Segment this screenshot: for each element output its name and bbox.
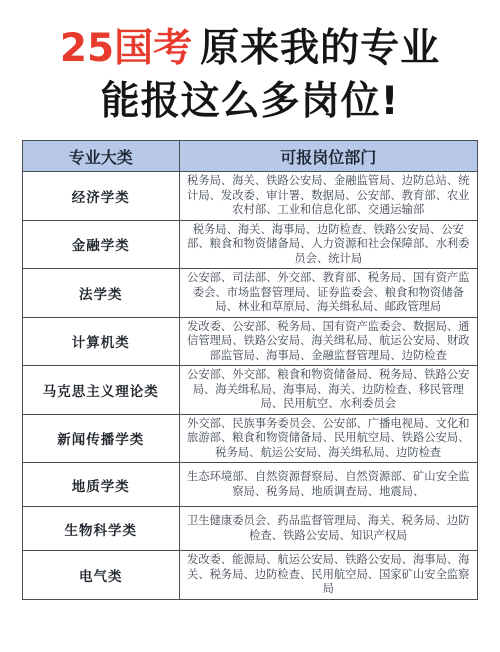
departments-cell: 生态环境部、自然资源督察局、自然资源部、矿山安全监察局、税务局、地质调查局、地震… xyxy=(179,463,477,507)
major-category-cell: 金融学类 xyxy=(23,220,180,269)
major-category-cell: 地质学类 xyxy=(23,463,180,507)
table-row: 新闻传播学类 外交部、民族事务委员会、公安部、广播电视局、文化和旅游部、粮食和物… xyxy=(23,414,478,463)
departments-cell: 税务局、海关、铁路公安局、金融监管局、边防总站、统计局、发改委、审计署、数据局、… xyxy=(179,172,477,221)
column-header-major-category: 专业大类 xyxy=(23,141,180,172)
departments-cell: 发改委、公安部、税务局、国有资产监委会、数据局、通信管理局、铁路公安局、海关缉私… xyxy=(179,317,477,366)
positions-table: 专业大类 可报岗位部门 经济学类 税务局、海关、铁路公安局、金融监管局、边防总站… xyxy=(22,140,478,600)
column-header-departments: 可报岗位部门 xyxy=(179,141,477,172)
departments-cell: 公安部、司法部、外交部、教育部、税务局、国有资产监委会、市场监督管理局、证券监委… xyxy=(179,269,477,318)
title-line-1-text: 原来我的专业 xyxy=(200,26,440,71)
table-header-row: 专业大类 可报岗位部门 xyxy=(23,141,478,172)
major-category-cell: 电气类 xyxy=(23,551,180,600)
departments-cell: 卫生健康委员会、药品监督管理局、海关、税务局、边防检查、铁路公安局、知识产权局 xyxy=(179,507,477,551)
major-category-cell: 经济学类 xyxy=(23,172,180,221)
major-category-cell: 法学类 xyxy=(23,269,180,318)
positions-table-container: 专业大类 可报岗位部门 经济学类 税务局、海关、铁路公安局、金融监管局、边防总站… xyxy=(22,140,478,600)
departments-cell: 发改委、能源局、航运公安局、铁路公安局、海事局、海关、税务局、边防检查、民用航空… xyxy=(179,551,477,600)
title-line-2: 能报这么多岗位! xyxy=(0,75,500,128)
major-category-cell: 马克思主义理论类 xyxy=(23,366,180,415)
infographic-page: 25国考原来我的专业 能报这么多岗位! 专业大类 可报岗位部门 经济学类 税务局… xyxy=(0,0,500,652)
major-category-cell: 新闻传播学类 xyxy=(23,414,180,463)
page-title: 25国考原来我的专业 能报这么多岗位! xyxy=(0,0,500,128)
table-row: 电气类 发改委、能源局、航运公安局、铁路公安局、海事局、海关、税务局、边防检查、… xyxy=(23,551,478,600)
table-row: 生物科学类 卫生健康委员会、药品监督管理局、海关、税务局、边防检查、铁路公安局、… xyxy=(23,507,478,551)
table-row: 法学类 公安部、司法部、外交部、教育部、税务局、国有资产监委会、市场监督管理局、… xyxy=(23,269,478,318)
table-body: 经济学类 税务局、海关、铁路公安局、金融监管局、边防总站、统计局、发改委、审计署… xyxy=(23,172,478,600)
table-row: 经济学类 税务局、海关、铁路公安局、金融监管局、边防总站、统计局、发改委、审计署… xyxy=(23,172,478,221)
table-row: 计算机类 发改委、公安部、税务局、国有资产监委会、数据局、通信管理局、铁路公安局… xyxy=(23,317,478,366)
departments-cell: 税务局、海关、海事局、边防检查、铁路公安局、公安部、粮食和物资储备局、人力资源和… xyxy=(179,220,477,269)
table-row: 地质学类 生态环境部、自然资源督察局、自然资源部、矿山安全监察局、税务局、地质调… xyxy=(23,463,478,507)
departments-cell: 公安部、外交部、粮食和物资储备局、税务局、铁路公安局、海关缉私局、海事局、海关、… xyxy=(179,366,477,415)
title-highlight-exam: 25国考 xyxy=(60,26,192,71)
major-category-cell: 生物科学类 xyxy=(23,507,180,551)
major-category-cell: 计算机类 xyxy=(23,317,180,366)
table-row: 马克思主义理论类 公安部、外交部、粮食和物资储备局、税务局、铁路公安局、海关缉私… xyxy=(23,366,478,415)
departments-cell: 外交部、民族事务委员会、公安部、广播电视局、文化和旅游部、粮食和物资储备局、民用… xyxy=(179,414,477,463)
title-line-1: 25国考原来我的专业 xyxy=(0,22,500,75)
table-row: 金融学类 税务局、海关、海事局、边防检查、铁路公安局、公安部、粮食和物资储备局、… xyxy=(23,220,478,269)
table-header: 专业大类 可报岗位部门 xyxy=(23,141,478,172)
